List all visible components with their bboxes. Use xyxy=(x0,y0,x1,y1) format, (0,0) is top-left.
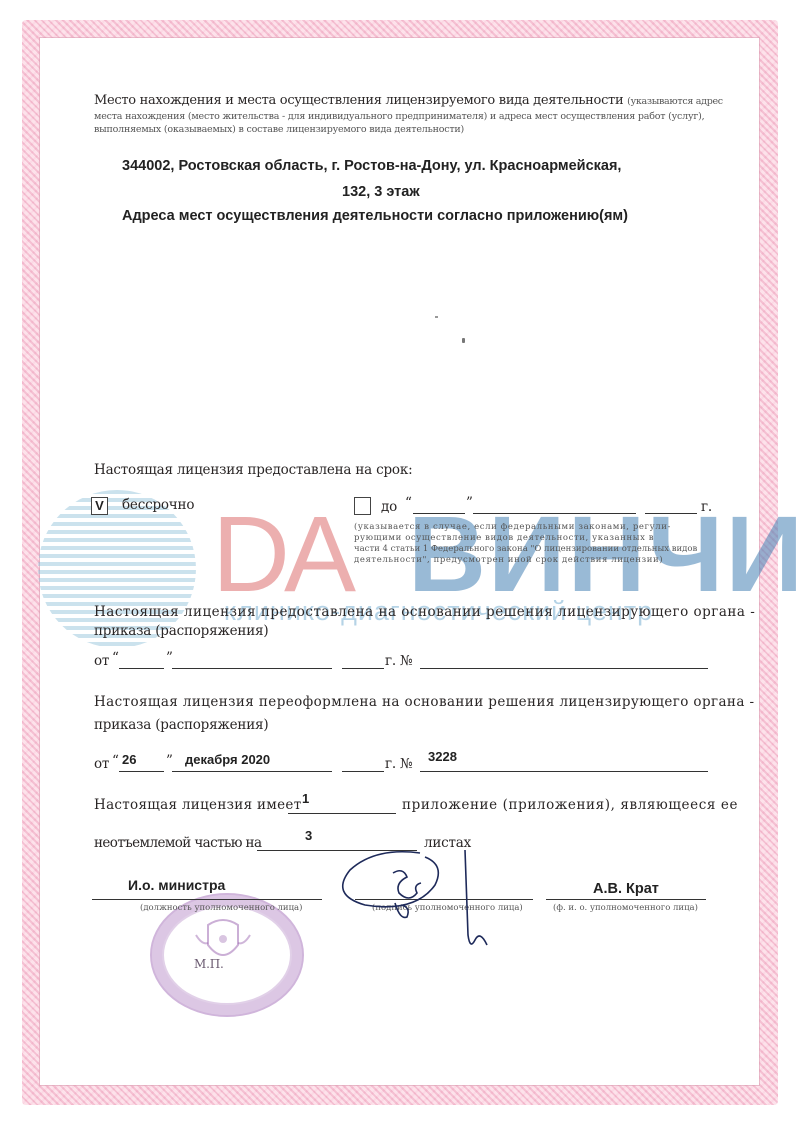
appendix-text-1b: приложение (приложения), являющееся ее xyxy=(402,797,738,813)
term-heading: Настоящая лицензия предоставлена на срок… xyxy=(94,462,412,478)
position-caption: (должность уполномоченного лица) xyxy=(140,903,302,913)
appendix-count-value: 1 xyxy=(302,791,309,806)
granted-number-field[interactable] xyxy=(420,668,708,669)
name-caption: (ф. и. о. уполномоченного лица) xyxy=(553,903,698,913)
watermark-brand-left: DA xyxy=(212,500,350,608)
reissued-year-field[interactable] xyxy=(342,771,384,772)
until-year-suffix: г. xyxy=(701,499,712,515)
granted-day-field[interactable] xyxy=(119,668,164,669)
term-note-1: (указывается в случае, если федеральными… xyxy=(354,522,671,532)
reissued-day-value: 26 xyxy=(122,752,136,767)
signatory-position: И.о. министра xyxy=(128,877,225,893)
location-note-line-3: выполняемых (оказываемых) в составе лице… xyxy=(94,124,464,135)
reissued-number-label: г. № xyxy=(385,756,413,772)
granted-number-label: г. № xyxy=(385,653,413,669)
location-heading: Место нахождения и места осуществления л… xyxy=(94,93,723,108)
granted-month-year-field[interactable] xyxy=(172,668,332,669)
until-date-checkbox[interactable] xyxy=(354,497,371,515)
location-note-line-2: места нахождения (место жительства - для… xyxy=(94,111,704,122)
name-line xyxy=(546,899,706,900)
granted-close-quote: ” xyxy=(166,650,173,666)
close-quote: ” xyxy=(466,495,473,511)
reissued-text-2: приказа (распоряжения) xyxy=(94,717,268,733)
term-note-4: деятельности", предусмотрен иной срок де… xyxy=(354,555,663,565)
until-year-field[interactable] xyxy=(645,513,697,514)
appendix-text-2a: неотъемлемой частью на xyxy=(94,835,261,851)
address-line-2: 132, 3 этаж xyxy=(342,184,420,200)
granted-text-1: Настоящая лицензия предоставлена на осно… xyxy=(94,604,755,620)
reissued-day-field[interactable] xyxy=(119,771,164,772)
term-note-3: части 4 статьи 1 Федерального закона "О … xyxy=(354,544,697,554)
reissued-month-year-value: декабря 2020 xyxy=(185,752,270,767)
position-line xyxy=(92,899,322,900)
until-label: до xyxy=(381,499,397,515)
watermark-brand-right: ВИНЧИ xyxy=(408,500,800,608)
address-line-1: 344002, Ростовская область, г. Ростов-на… xyxy=(122,158,621,174)
appendix-sheets-value: 3 xyxy=(305,828,312,843)
appendix-count-field[interactable] xyxy=(288,813,396,814)
granted-year-field[interactable] xyxy=(342,668,384,669)
term-note-2: рующими осуществление видов деятельности… xyxy=(354,533,654,543)
reissued-close-quote: ” xyxy=(166,753,173,769)
granted-open-quote: “ xyxy=(112,650,119,666)
location-heading-title: Место нахождения и места осуществления л… xyxy=(94,93,623,108)
address-line-3: Адреса мест осуществления деятельности с… xyxy=(122,208,628,224)
until-day-field[interactable] xyxy=(413,513,465,514)
signatory-name: А.В. Крат xyxy=(593,881,659,897)
reissued-number-value: 3228 xyxy=(428,749,457,764)
seal-label: М.П. xyxy=(194,957,224,971)
indefinite-label: бессрочно xyxy=(122,497,194,513)
handwritten-signature xyxy=(325,845,505,955)
speck xyxy=(462,338,465,343)
granted-from-label: от xyxy=(94,653,109,669)
indefinite-checkbox[interactable]: V xyxy=(91,497,108,515)
reissued-month-year-field[interactable] xyxy=(172,771,332,772)
reissued-text-1: Настоящая лицензия переоформлена на осно… xyxy=(94,694,754,710)
speck xyxy=(435,316,438,318)
appendix-text-1a: Настоящая лицензия имеет xyxy=(94,797,301,813)
reissued-number-field[interactable] xyxy=(420,771,708,772)
open-quote: “ xyxy=(405,495,412,511)
until-month-field[interactable] xyxy=(473,513,636,514)
reissued-open-quote: “ xyxy=(112,753,119,769)
reissued-from-label: от xyxy=(94,756,109,772)
location-heading-note: (указываются адрес xyxy=(627,96,723,107)
granted-text-2: приказа (распоряжения) xyxy=(94,623,268,639)
